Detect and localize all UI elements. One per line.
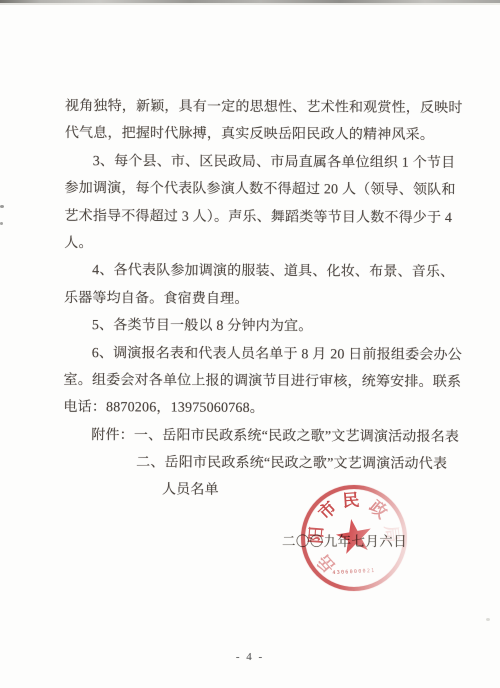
body-line: 电话：8870206，13975060768。 <box>63 394 461 423</box>
body-line: 6、调演报名表和代表人员名单于 8 月 20 日前报组委会办公 <box>64 339 462 368</box>
scan-artifact-speck <box>0 205 4 208</box>
page-number: - 4 - <box>236 651 264 663</box>
body-line: 人。 <box>64 230 462 259</box>
body-line: 视角独特，新颖，具有一定的思想性、艺术性和观赏性，反映时 <box>65 93 463 122</box>
body-line: 艺术指导不得超过 3 人）。声乐、舞蹈类等节目人数不得少于 4 <box>64 203 462 232</box>
body-line: 代气息，把握时代脉搏，真实反映岳阳民政人的精神风采。 <box>65 120 463 149</box>
seal-char: 阳 <box>307 526 326 545</box>
body-line: 参加调演，每个代表队参演人数不得超过 20 人（领导、领队和 <box>65 175 463 204</box>
attachment-line: 附件：一、岳阳市民政系统“民政之歌”文艺调演活动报名表 <box>63 422 461 451</box>
body-line: 3、每个县、市、区民政局、市局直属各单位组织 1 个节目 <box>65 148 463 177</box>
official-seal: ★ 岳 阳 市 民 政 局 4306000021 <box>294 478 414 598</box>
document-body: 视角独特，新颖，具有一定的思想性、艺术性和观赏性，反映时 代气息，把握时代脉搏，… <box>63 93 463 506</box>
body-line: 4、各代表队参加调演的服装、道具、化妆、布景、音乐、 <box>64 257 462 286</box>
attachment-line: 二、岳阳市民政系统“民政之歌”文艺调演活动代表 <box>63 449 461 478</box>
body-line: 室。组委会对各单位上报的调演节目进行审核，统筹安排。联系 <box>64 367 462 396</box>
scanned-page: 视角独特，新颖，具有一定的思想性、艺术性和观赏性，反映时 代气息，把握时代脉搏，… <box>0 0 500 688</box>
body-line: 乐器等均自备。食宿费自理。 <box>64 285 462 314</box>
seal-char: 民 <box>342 491 361 510</box>
scan-artifact-speck <box>486 618 490 621</box>
scan-artifact-speck <box>0 222 3 225</box>
scan-artifact-top-edge-soft <box>0 3 500 5</box>
body-line: 5、各类节目一般以 8 分钟内为宜。 <box>64 312 462 341</box>
seal-char: 局 <box>381 524 401 544</box>
